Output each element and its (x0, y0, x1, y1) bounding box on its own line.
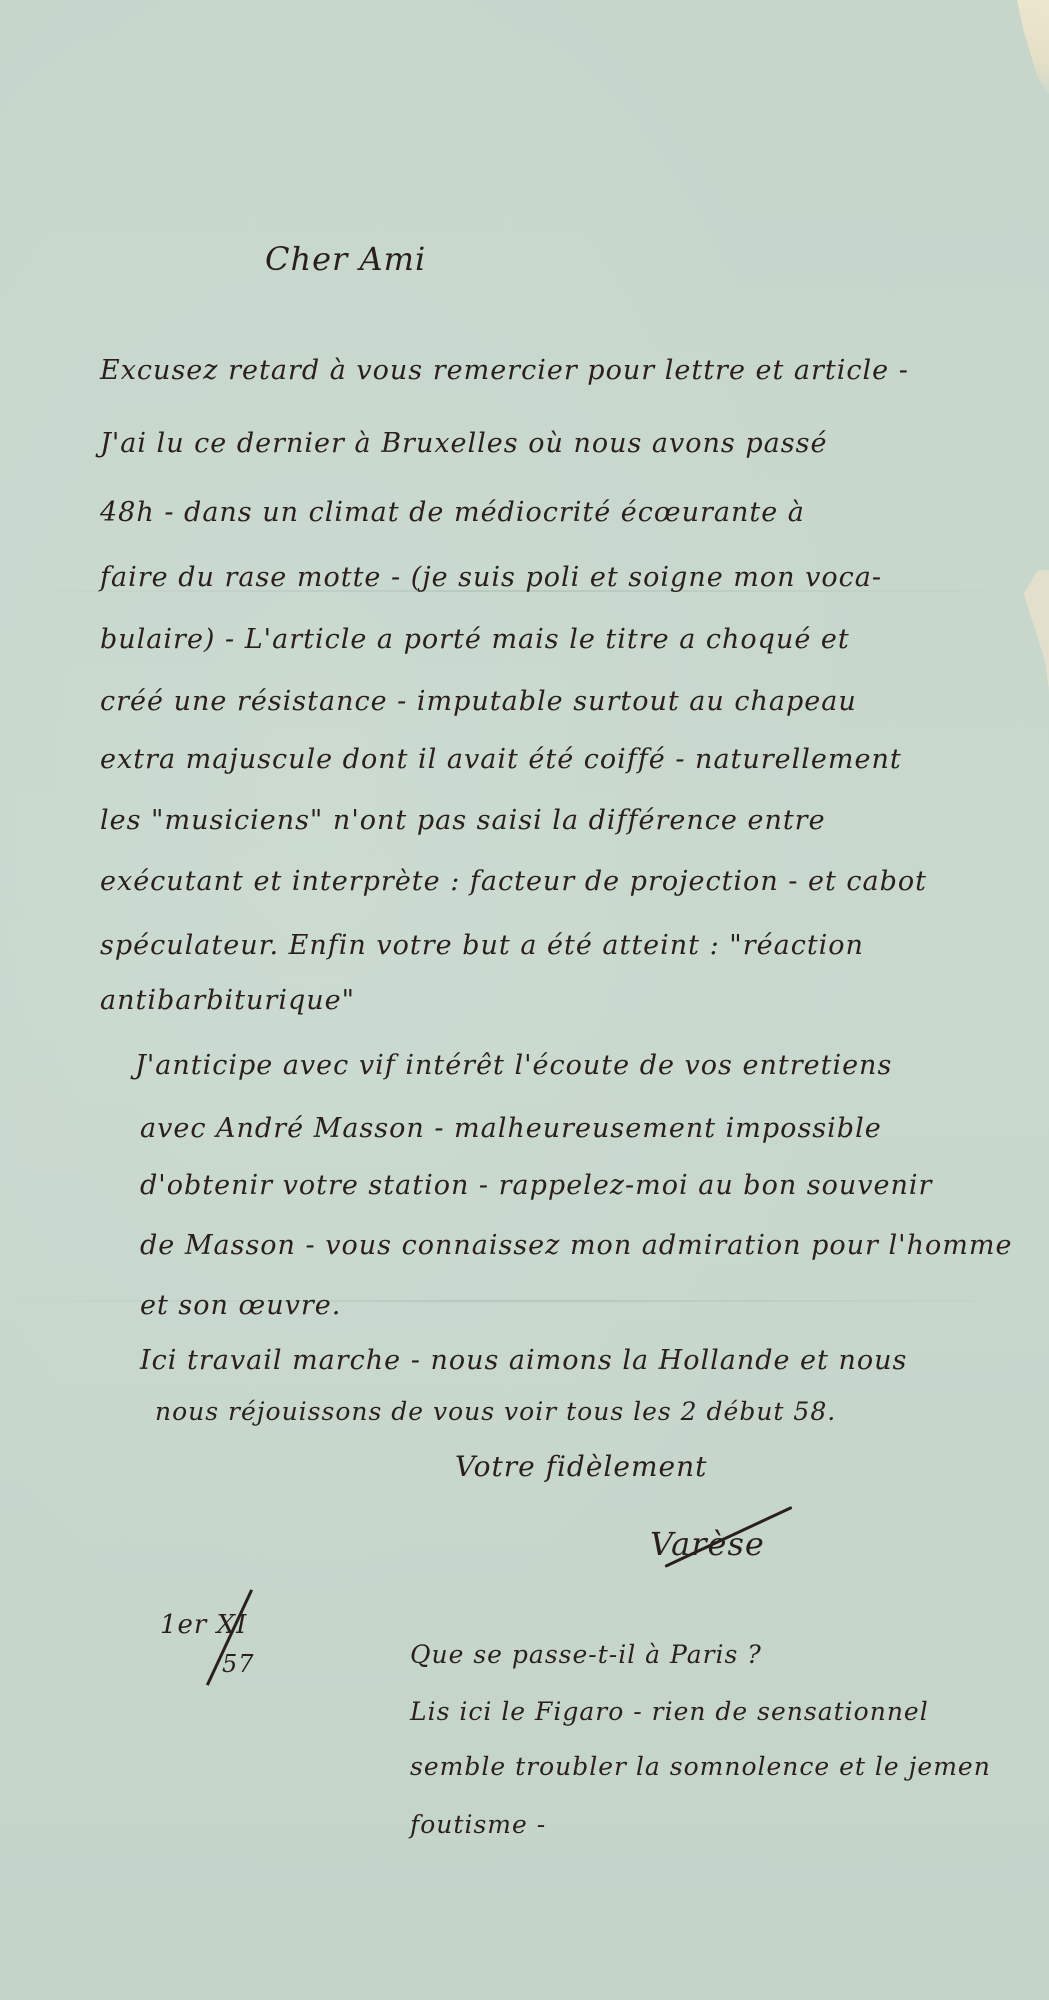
body-line: extra majuscule dont il avait été coiffé… (100, 744, 902, 775)
date-year: 57 (222, 1650, 255, 1678)
body-line: J'anticipe avec vif intérêt l'écoute de … (135, 1050, 892, 1081)
salutation: Cher Ami (265, 240, 426, 278)
body-line: créé une résistance - imputable surtout … (100, 686, 857, 717)
postscript-line: foutisme - (410, 1810, 546, 1839)
body-line: faire du rase motte - (je suis poli et s… (100, 562, 882, 593)
body-line: exécutant et interprète : facteur de pro… (100, 866, 927, 897)
postscript-line: semble troubler la somnolence et le jeme… (410, 1752, 991, 1781)
body-line: avec André Masson - malheureusement impo… (140, 1113, 882, 1144)
postscript-line: Que se passe-t-il à Paris ? (410, 1640, 762, 1669)
body-line: Ici travail marche - nous aimons la Holl… (140, 1345, 907, 1376)
closing: Votre fidèlement (455, 1450, 707, 1483)
body-line: antibarbiturique" (100, 985, 355, 1016)
postscript-line: Lis ici le Figaro - rien de sensationnel (410, 1697, 929, 1726)
body-line: nous réjouissons de vous voir tous les 2… (155, 1397, 836, 1426)
body-line: Excusez retard à vous remercier pour let… (100, 355, 909, 386)
body-line: 48h - dans un climat de médiocrité écœur… (100, 497, 805, 528)
body-line: d'obtenir votre station - rappelez-moi a… (140, 1170, 932, 1201)
body-line: les "musiciens" n'ont pas saisi la diffé… (100, 805, 826, 836)
body-line: et son œuvre. (140, 1290, 341, 1321)
body-line: bulaire) - L'article a porté mais le tit… (100, 624, 850, 655)
body-line: J'ai lu ce dernier à Bruxelles où nous a… (100, 428, 827, 459)
body-line: spéculateur. Enfin votre but a été attei… (100, 930, 864, 961)
body-line: de Masson - vous connaissez mon admirati… (140, 1230, 1012, 1261)
